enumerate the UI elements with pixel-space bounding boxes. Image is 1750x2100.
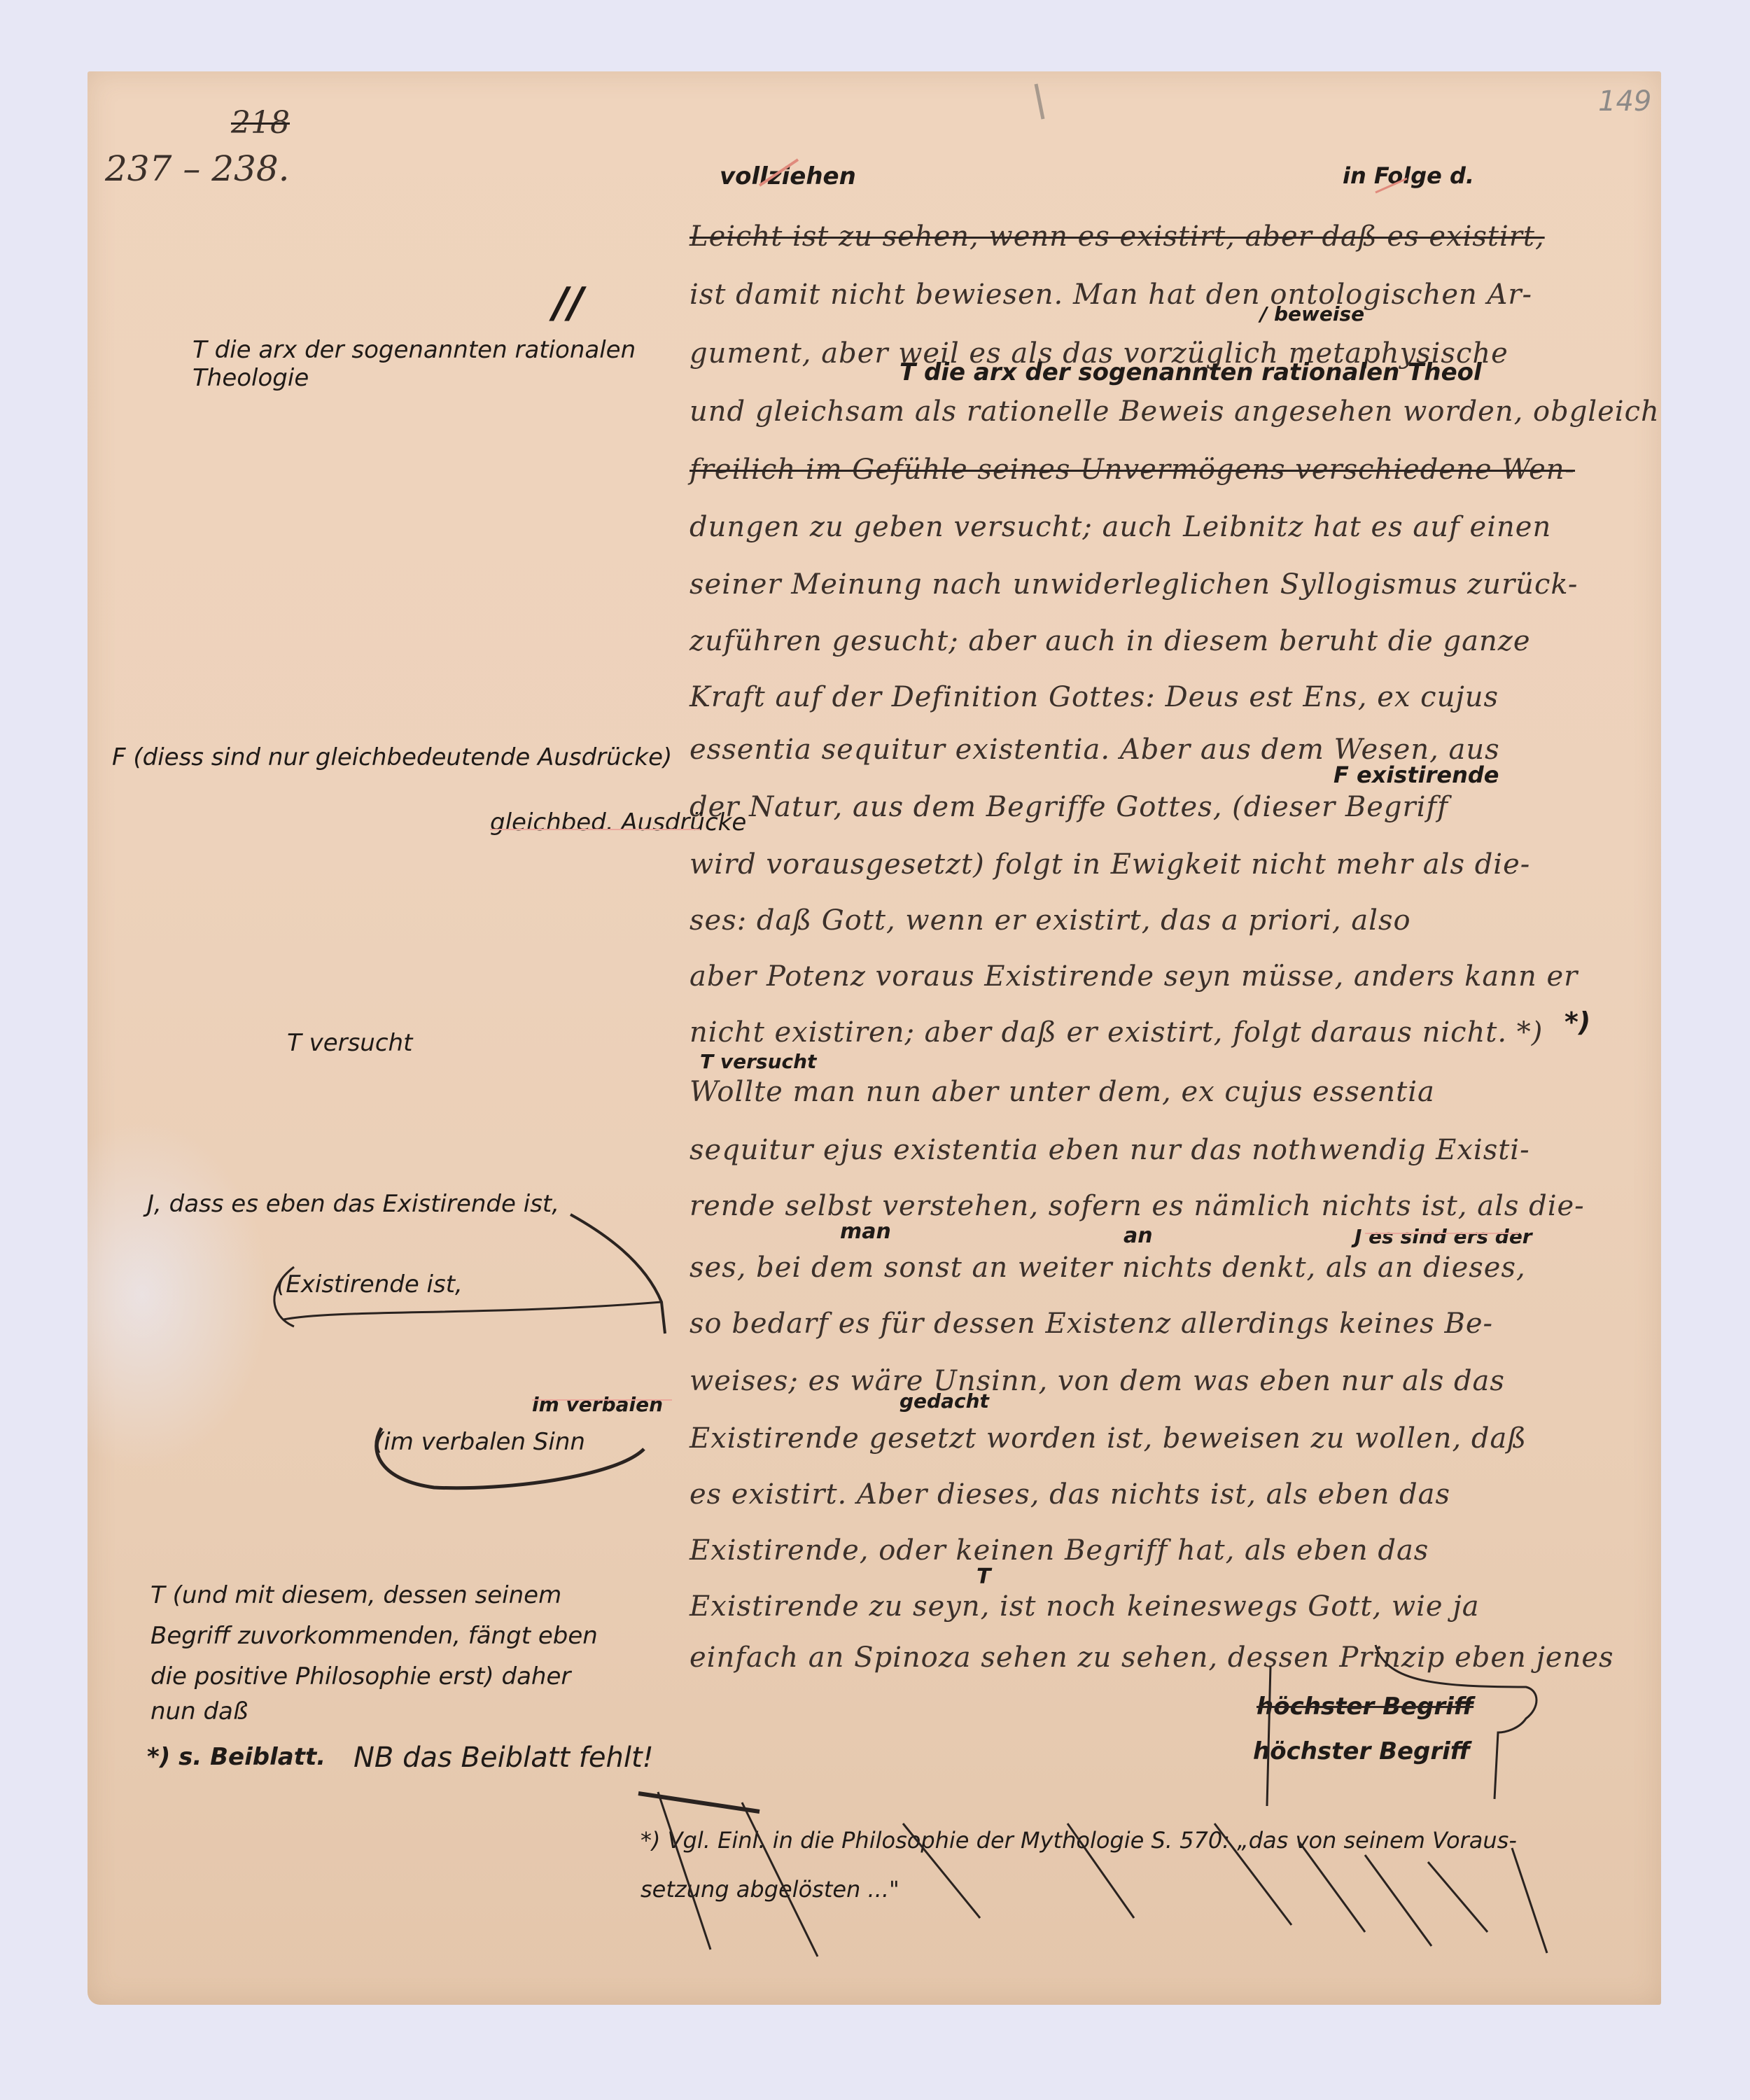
double-stroke-mark: // bbox=[553, 279, 584, 328]
insert-existirende: F existirende bbox=[1333, 762, 1499, 788]
boxed-insert-replacement: höchster Begriff bbox=[1253, 1737, 1470, 1765]
margin-note-dass: nun daß bbox=[150, 1697, 248, 1725]
margin-note-ausdruecke: F (diess sind nur gleichbedeutende Ausdr… bbox=[112, 743, 672, 771]
text-line-18: rende selbst verstehen, sofern es nämlic… bbox=[689, 1190, 1585, 1222]
text-line-16: Wollte man nun aber unter dem, ex cujus … bbox=[689, 1076, 1435, 1108]
page-number-crossed: 218 bbox=[231, 105, 290, 141]
folio-number: 149 bbox=[1598, 85, 1651, 118]
red-note-beiblatt-fehlt: NB das Beiblatt fehlt! bbox=[353, 1742, 654, 1774]
text-line-21: weises; es wäre Unsinn, von dem was eben… bbox=[689, 1365, 1505, 1397]
insert-t: T bbox=[976, 1564, 990, 1589]
margin-note-gleichbed: gleichbed. Ausdrücke bbox=[490, 808, 746, 836]
text-line-22: Existirende gesetzt worden ist, beweisen… bbox=[689, 1422, 1527, 1455]
text-line-5: freilich im Gefühle seines Unvermögens v… bbox=[689, 454, 1575, 486]
page-number: 237 – 238. bbox=[105, 148, 290, 189]
text-line-23: es existirt. Aber dieses, das nichts ist… bbox=[689, 1478, 1450, 1511]
margin-note-gegen: T (und mit diesem, dessen seinem Begriff… bbox=[150, 1575, 598, 1697]
text-line-1: Leicht ist zu sehen, wenn es existirt, a… bbox=[689, 220, 1545, 253]
margin-note-beiblatt: *) s. Beiblatt. bbox=[147, 1743, 325, 1771]
text-line-4: und gleichsam als rationelle Beweis ange… bbox=[689, 395, 1660, 428]
text-line-20: so bedarf es für dessen Existenz allerdi… bbox=[689, 1308, 1493, 1340]
insert-man: man bbox=[840, 1219, 891, 1244]
text-line-26: einfach an Spinoza sehen zu sehen, desse… bbox=[689, 1641, 1614, 1674]
insert-j: J es sind ers der bbox=[1354, 1225, 1532, 1248]
text-line-8: zuführen gesucht; aber auch in diesem be… bbox=[689, 625, 1531, 657]
text-line-7: seiner Meinung nach unwiderleglichen Syl… bbox=[689, 568, 1578, 601]
text-line-12: wird vorausgesetzt) folgt in Ewigkeit ni… bbox=[689, 848, 1530, 881]
boxed-insert-struck: höchster Begriff bbox=[1256, 1693, 1473, 1721]
insert-arx: T die arx der sogenannten rationalen The… bbox=[899, 358, 1482, 386]
insert-beweise: / beweise bbox=[1260, 302, 1364, 325]
margin-note-einheit: (Existirende ist, bbox=[276, 1270, 463, 1298]
text-line-25: Existirende zu seyn, ist noch keineswegs… bbox=[689, 1590, 1480, 1623]
text-line-11: der Natur, aus dem Begriffe Gottes, (die… bbox=[689, 791, 1448, 823]
margin-note-versucht: T versucht bbox=[287, 1029, 412, 1057]
text-line-13: ses: daß Gott, wenn er existirt, das a p… bbox=[689, 904, 1411, 937]
margin-note-arx-text: T die arx der sogenannten rationalen The… bbox=[192, 336, 640, 392]
text-line-9: Kraft auf der Definition Gottes: Deus es… bbox=[689, 681, 1499, 713]
insert-versucht: T versucht bbox=[700, 1050, 816, 1073]
text-line-15: nicht existiren; aber daß er existirt, f… bbox=[689, 1016, 1543, 1049]
insert-gedacht: gedacht bbox=[899, 1389, 989, 1413]
margin-note-existirende: J, dass es eben das Existirende ist, bbox=[147, 1190, 559, 1218]
text-line-24: Existirende, oder keinen Begriff hat, al… bbox=[689, 1534, 1429, 1567]
insert-in-folge: in Folge d. bbox=[1343, 162, 1474, 189]
text-line-14: aber Potenz voraus Existirende seyn müss… bbox=[689, 960, 1578, 993]
text-line-17: sequitur ejus existentia eben nur das no… bbox=[689, 1134, 1530, 1166]
insert-an: an bbox=[1123, 1224, 1153, 1248]
insert-vollziehen: vollziehen bbox=[720, 162, 856, 190]
margin-note-verbal-above: im verbalen bbox=[532, 1393, 663, 1416]
footnote-line-1: *) Vgl. Einl. in die Philosophie der Myt… bbox=[640, 1827, 1517, 1854]
text-line-19: ses, bei dem sonst an weiter nichts denk… bbox=[689, 1252, 1526, 1284]
text-line-2: ist damit nicht bewiesen. Man hat den on… bbox=[689, 279, 1532, 311]
insert-star: *) bbox=[1564, 1007, 1590, 1037]
margin-note-verbalen: (im verbalen Sinn bbox=[374, 1428, 585, 1456]
footnote-line-2: setzung abgelösten ..." bbox=[640, 1876, 899, 1903]
text-line-6: dungen zu geben versucht; auch Leibnitz … bbox=[689, 511, 1551, 543]
margin-note-arx: T die arx der sogenannten rationalen The… bbox=[192, 336, 640, 392]
